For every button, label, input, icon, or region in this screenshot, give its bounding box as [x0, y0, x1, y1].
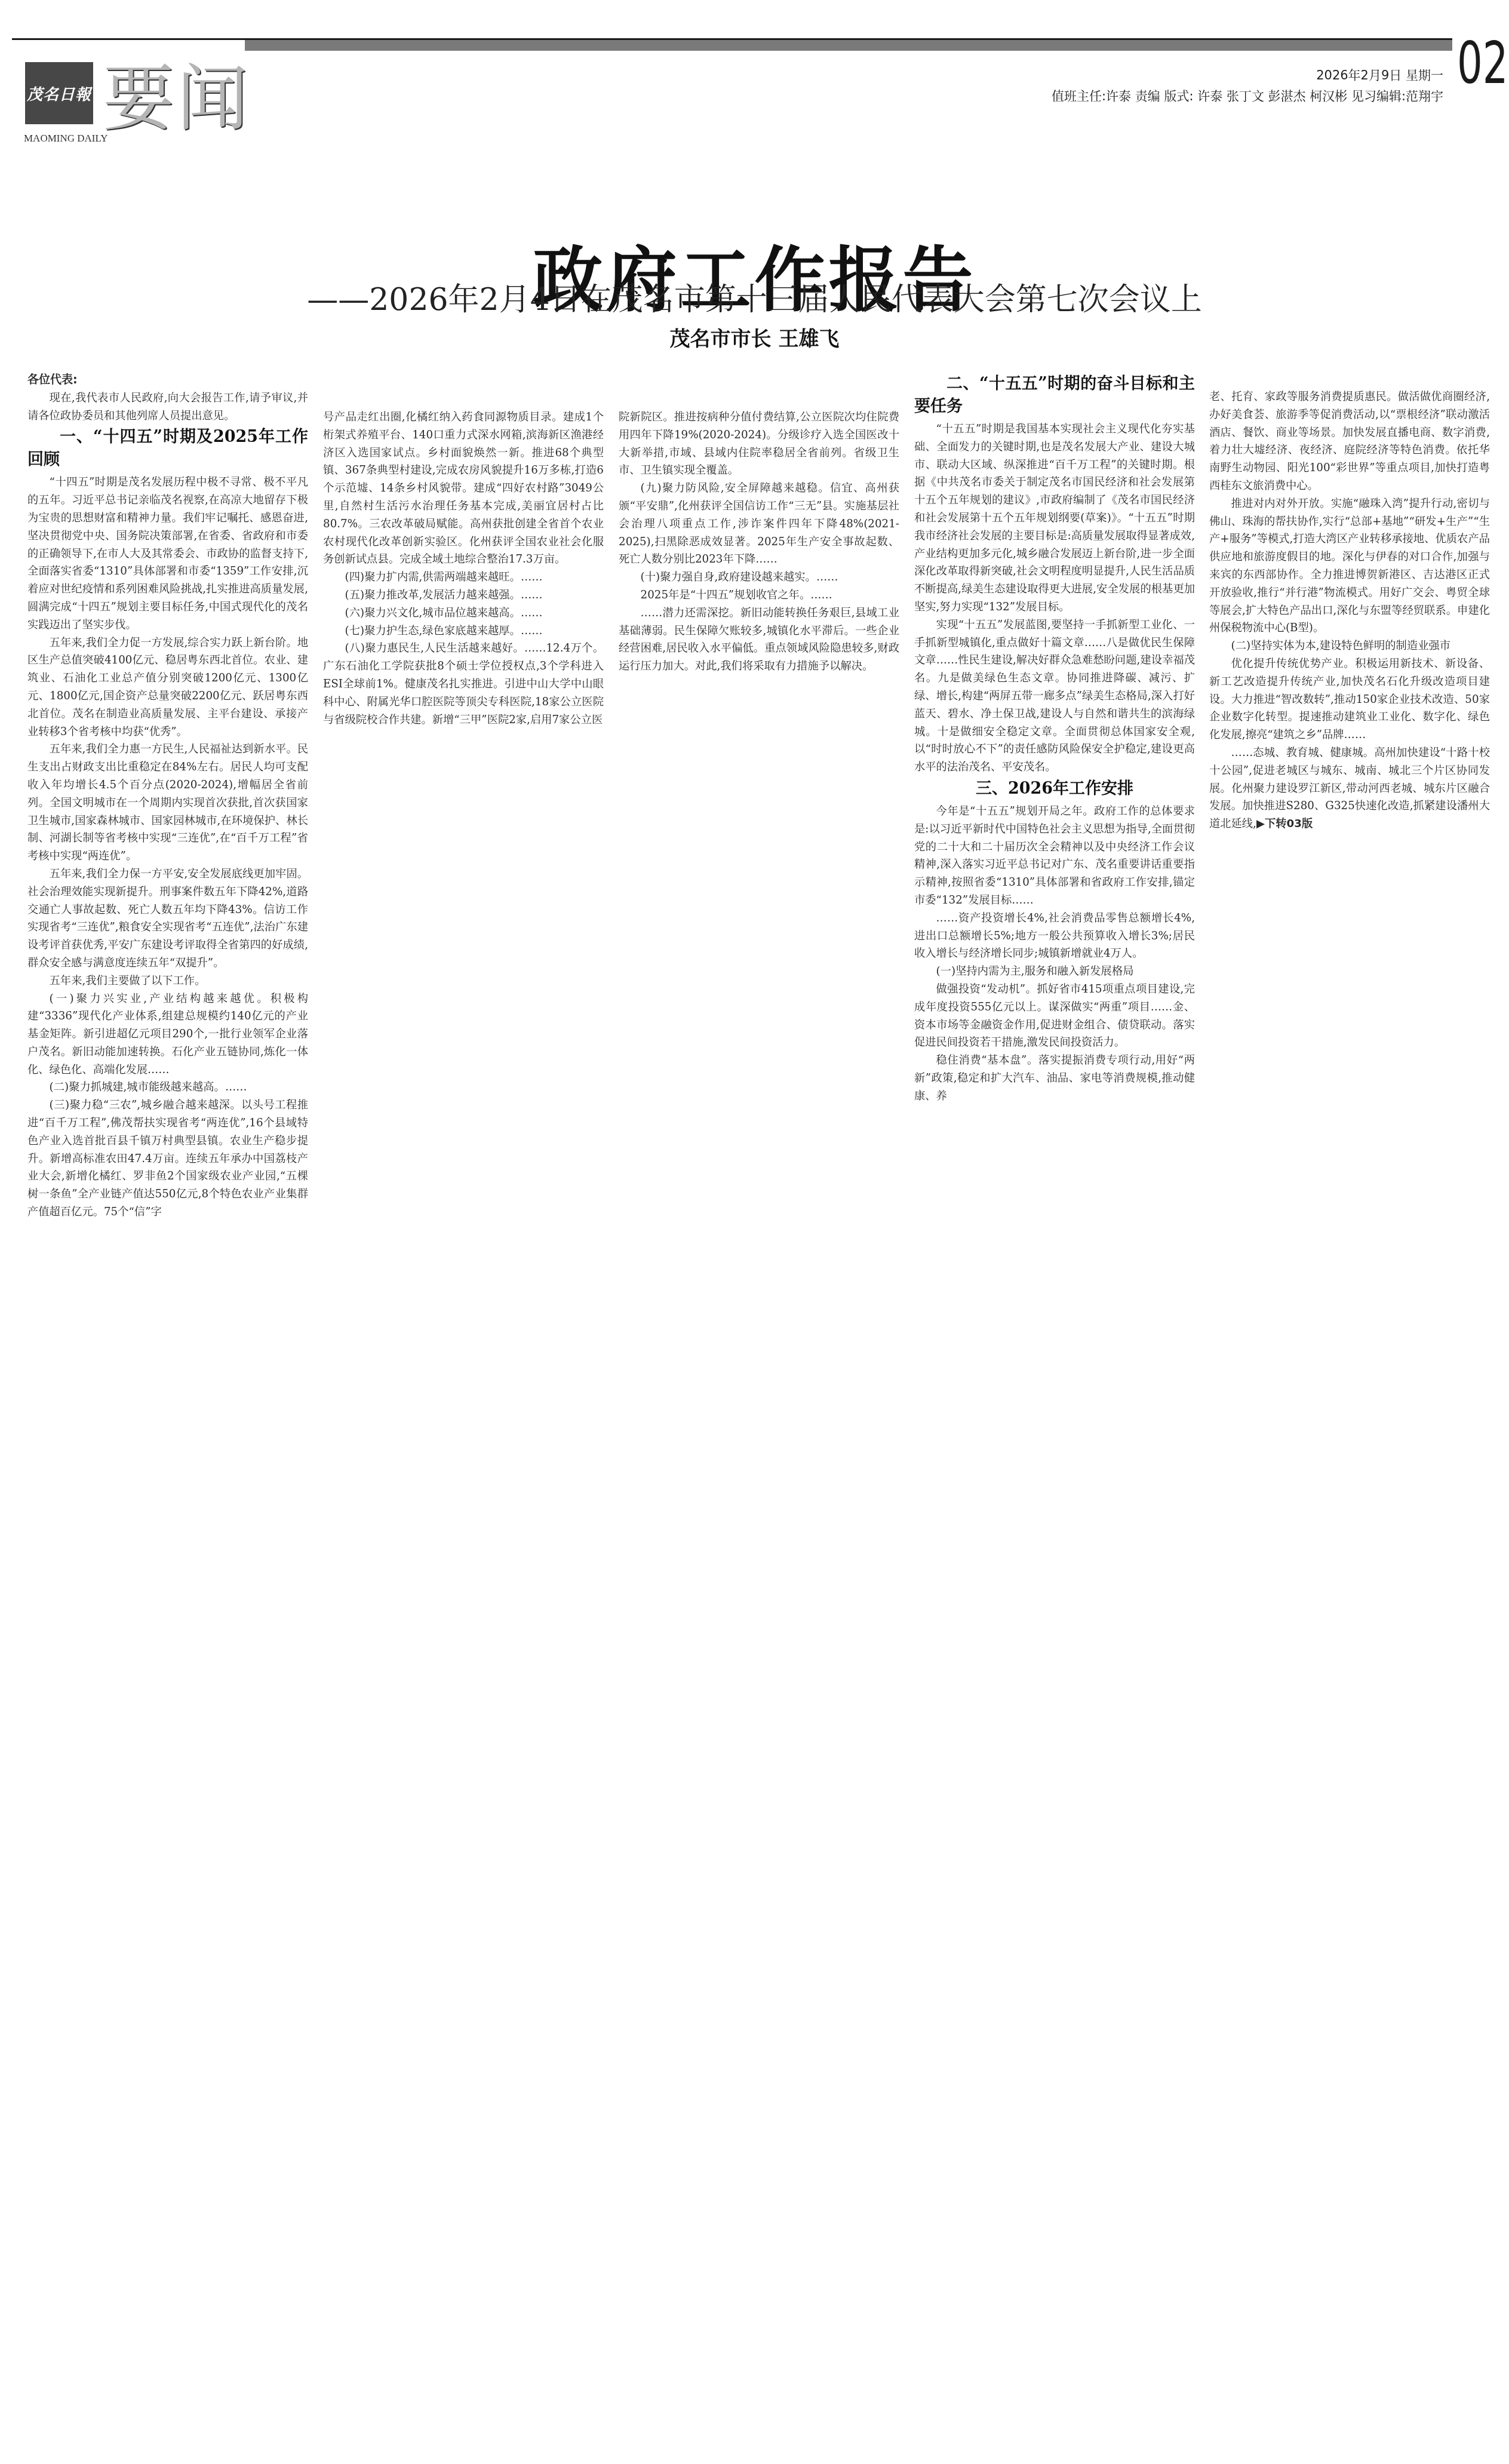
- body-paragraph: (一)聚力兴实业,产业结构越来越优。积极构建“3336”现代化产业体系,组建总规…: [27, 990, 308, 1079]
- body-paragraph: 实现“十五五”发展蓝图,要坚持一手抓新型工业化、一手抓新型城镇化,重点做好十篇文…: [914, 616, 1195, 776]
- article-byline: 茂名市市长 王雄飞: [0, 326, 1509, 352]
- page-number: 02: [1457, 35, 1508, 92]
- newspaper-logo[interactable]: 茂名日報: [25, 62, 93, 124]
- newspaper-logo-english: MAOMING DAILY: [24, 133, 107, 145]
- continued-on-page-link[interactable]: ▶下转03版: [1256, 818, 1313, 830]
- body-paragraph: (三)聚力稳“三农”,城乡融合越来越深。以头号工程推进“百千万工程”,佛茂帮扶实…: [27, 1096, 308, 1221]
- body-paragraph: (八)聚力惠民生,人民生活越来越好。……12.4万个。广东石油化工学院获批8个硕…: [323, 640, 604, 729]
- body-paragraph: (七)聚力护生态,绿色家底越来越厚。……: [323, 622, 604, 640]
- body-paragraph: ……潜力还需深挖。新旧动能转换任务艰巨,县域工业基础薄弱。民生保障欠账较多,城镇…: [619, 604, 899, 675]
- body-paragraph: 号产品走红出圈,化橘红纳入药食同源物质目录。建成1个桁架式养殖平台、140口重力…: [323, 408, 604, 569]
- article-subheadline: ——2026年2月4日在茂名市第十三届人民代表大会第七次会议上: [0, 281, 1509, 319]
- article-column-3: 院新院区。推进按病种分值付费结算,公立医院次均住院费用四年下降19%(2020-…: [619, 408, 899, 675]
- body-paragraph: “十四五”时期是茂名发展历程中极不寻常、极不平凡的五年。习近平总书记亲临茂名视察…: [27, 474, 308, 634]
- body-paragraph: (四)聚力扩内需,供需两端越来越旺。……: [323, 569, 604, 586]
- body-paragraph: 推进对内对外开放。实施“融珠入湾”提升行动,密切与佛山、珠海的帮扶协作,实行“总…: [1209, 495, 1490, 637]
- issue-date: 2026年2月9日 星期一: [1052, 67, 1443, 84]
- body-paragraph: (一)坚持内需为主,服务和融入新发展格局: [914, 963, 1195, 981]
- body-paragraph: 五年来,我们全力保一方平安,安全发展底线更加牢固。社会治理效能实现新提升。刑事案…: [27, 865, 308, 972]
- article-column-1: 各位代表: 现在,我代表市人民政府,向大会报告工作,请予审议,并请各位政协委员和…: [27, 371, 308, 1221]
- section-heading: 一、“十四五”时期及2025年工作回顾: [27, 426, 308, 471]
- body-paragraph: 稳住消费“基本盘”。落实提振消费专项行动,用好“两新”政策,稳定和扩大汽车、油品…: [914, 1052, 1195, 1105]
- body-paragraph: (二)聚力抓城建,城市能级越来越高。……: [27, 1079, 308, 1096]
- body-paragraph: (九)聚力防风险,安全屏障越来越稳。信宜、高州获颁“平安鼎”,化州获评全国信访工…: [619, 480, 899, 569]
- dateline: 2026年2月9日 星期一 值班主任:许泰 责编 版式: 许泰 张丁文 彭湛杰 …: [1052, 67, 1443, 105]
- body-paragraph: 今年是“十五五”规划开局之年。政府工作的总体要求是:以习近平新时代中国特色社会主…: [914, 803, 1195, 910]
- body-paragraph: ……资产投资增长4%,社会消费品零售总额增长4%,进出口总额增长5%;地方一般公…: [914, 910, 1195, 963]
- editorial-staff: 值班主任:许泰 责编 版式: 许泰 张丁文 彭湛杰 柯汉彬 见习编辑:范翔宇: [1052, 87, 1443, 105]
- section-heading: 二、“十五五”时期的奋斗目标和主要任务: [914, 373, 1195, 418]
- body-paragraph: 五年来,我们全力促一方发展,综合实力跃上新台阶。地区生产总值突破4100亿元、稳…: [27, 634, 308, 741]
- masthead-gray-bar: [245, 40, 1452, 51]
- body-paragraph: 五年来,我们主要做了以下工作。: [27, 972, 308, 990]
- article-column-2: 号产品走红出圈,化橘红纳入药食同源物质目录。建成1个桁架式养殖平台、140口重力…: [323, 408, 604, 729]
- body-paragraph: 院新院区。推进按病种分值付费结算,公立医院次均住院费用四年下降19%(2020-…: [619, 408, 899, 480]
- body-paragraph: (五)聚力推改革,发展活力越来越强。……: [323, 586, 604, 604]
- body-paragraph: ……态城、教育城、健康城。高州加快建设“十路十校十公园”,促进老城区与城东、城南…: [1209, 744, 1490, 833]
- salutation: 各位代表:: [27, 371, 308, 389]
- body-paragraph: (十)聚力强自身,政府建设越来越实。……: [619, 569, 899, 586]
- masthead: 茂名日報 MAOMING DAILY 要闻 2026年2月9日 星期一 值班主任…: [0, 0, 1509, 149]
- body-paragraph: 做强投资“发动机”。抓好省市415项重点项目建设,完成年度投资555亿元以上。谋…: [914, 981, 1195, 1052]
- body-paragraph: 优化提升传统优势产业。积极运用新技术、新设备、新工艺改造提升传统产业,加快茂名石…: [1209, 655, 1490, 744]
- section-heading: 三、2026年工作安排: [914, 778, 1195, 800]
- section-title: 要闻: [103, 55, 251, 145]
- body-paragraph: 现在,我代表市人民政府,向大会报告工作,请予审议,并请各位政协委员和其他列席人员…: [27, 389, 308, 425]
- body-paragraph: (二)坚持实体为本,建设特色鲜明的制造业强市: [1209, 637, 1490, 655]
- article-column-4: 二、“十五五”时期的奋斗目标和主要任务“十五五”时期是我国基本实现社会主义现代化…: [914, 371, 1195, 1105]
- body-paragraph: 五年来,我们全力惠一方民生,人民福祉达到新水平。民生支出占财政支出比重稳定在84…: [27, 741, 308, 865]
- body-paragraph: “十五五”时期是我国基本实现社会主义现代化夯实基础、全面发力的关键时期,也是茂名…: [914, 420, 1195, 616]
- article-column-5: 老、托育、家政等服务消费提质惠民。做活做优商圈经济,办好美食荟、旅游季等促消费活…: [1209, 388, 1490, 833]
- body-paragraph: 老、托育、家政等服务消费提质惠民。做活做优商圈经济,办好美食荟、旅游季等促消费活…: [1209, 388, 1490, 495]
- body-paragraph: (六)聚力兴文化,城市品位越来越高。……: [323, 604, 604, 622]
- body-paragraph: 2025年是“十四五”规划收官之年。……: [619, 586, 899, 604]
